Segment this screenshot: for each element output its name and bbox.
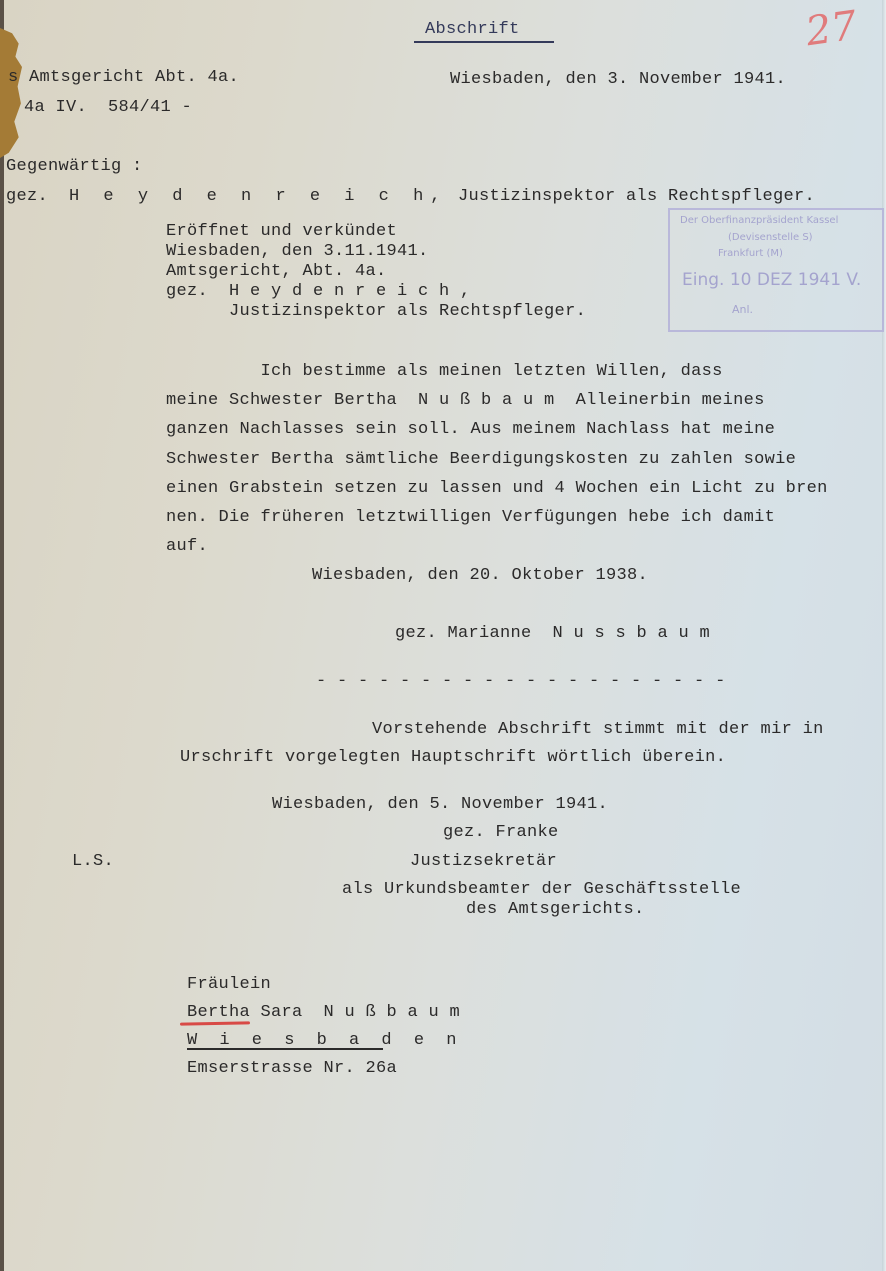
addressee-street: Emserstrasse Nr. 26a <box>187 1059 397 1079</box>
folio-number: 27 <box>803 3 860 56</box>
city-underline <box>187 1048 383 1050</box>
official-title: Justizsekretär <box>410 852 557 872</box>
opening-line: Wiesbaden, den 3.11.1941. <box>166 242 429 262</box>
court-name: s Amtsgericht Abt. 4a. <box>8 68 239 88</box>
present-label: Gegenwärtig : <box>6 157 143 177</box>
page-edge-left <box>0 0 4 1271</box>
certification-signed: gez. Franke <box>443 823 559 843</box>
seal-label: L.S. <box>72 852 114 872</box>
title-underline <box>414 41 554 43</box>
will-line: meine Schwester Bertha N u ß b a u m All… <box>166 391 765 411</box>
receipt-stamp: Der Oberfinanzpräsident Kassel (Devisens… <box>668 208 884 332</box>
will-line: einen Grabstein setzen zu lassen und 4 W… <box>166 479 828 499</box>
stamp-line: Anl. <box>732 303 753 316</box>
will-signature: gez. Marianne N u s s b a u m <box>395 624 710 644</box>
stamp-date: Eing. 10 DEZ 1941 V. <box>682 270 861 290</box>
page-edge-right <box>882 0 886 1271</box>
stamp-line: Der Oberfinanzpräsident Kassel <box>680 215 838 226</box>
will-place-date: Wiesbaden, den 20. Oktober 1938. <box>312 566 648 586</box>
opening-line: gez. H e y d e n r e i c h , <box>166 282 471 302</box>
addressee-name: Bertha Sara N u ß b a u m <box>187 1003 460 1023</box>
will-line: ganzen Nachlasses sein soll. Aus meinem … <box>166 420 775 440</box>
present-name: H e y d e n r e i c h, <box>69 187 447 206</box>
addressee-salutation: Fräulein <box>187 975 271 995</box>
opening-line: Amtsgericht, Abt. 4a. <box>166 262 387 282</box>
will-line: Schwester Bertha sämtliche Beerdigungsko… <box>166 450 796 470</box>
stamp-line: Frankfurt (M) <box>718 248 783 259</box>
document-title: Abschrift <box>425 20 520 40</box>
opening-line: Justizinspektor als Rechtspfleger. <box>166 302 586 322</box>
will-line: auf. <box>166 537 208 557</box>
official-office: als Urkundsbeamter der Geschäftsstelle <box>342 880 741 900</box>
present-line: gez. H e y d e n r e i c h, Justizinspek… <box>6 187 815 207</box>
present-role: Justizinspektor als Rechtspfleger. <box>458 187 815 206</box>
opening-line: Eröffnet und verkündet <box>166 222 397 242</box>
certification-line: Urschrift vorgelegten Hauptschrift wörtl… <box>180 748 726 768</box>
torn-paper-corner <box>0 28 22 158</box>
official-office: des Amtsgerichts. <box>466 900 645 920</box>
stamp-line: (Devisenstelle S) <box>728 232 813 243</box>
red-pencil-underline <box>180 1021 250 1025</box>
file-number: 4a IV. 584/41 - <box>24 98 192 118</box>
header-place-date: Wiesbaden, den 3. November 1941. <box>450 70 786 90</box>
will-line: nen. Die früheren letztwilligen Verfügun… <box>166 508 775 528</box>
will-line: Ich bestimme als meinen letzten Willen, … <box>166 362 723 382</box>
certification-line: Vorstehende Abschrift stimmt mit der mir… <box>372 720 824 740</box>
certification-place-date: Wiesbaden, den 5. November 1941. <box>272 795 608 815</box>
signed-prefix: gez. <box>6 187 48 206</box>
separator-dashes: - - - - - - - - - - - - - - - - - - - - <box>316 672 726 692</box>
